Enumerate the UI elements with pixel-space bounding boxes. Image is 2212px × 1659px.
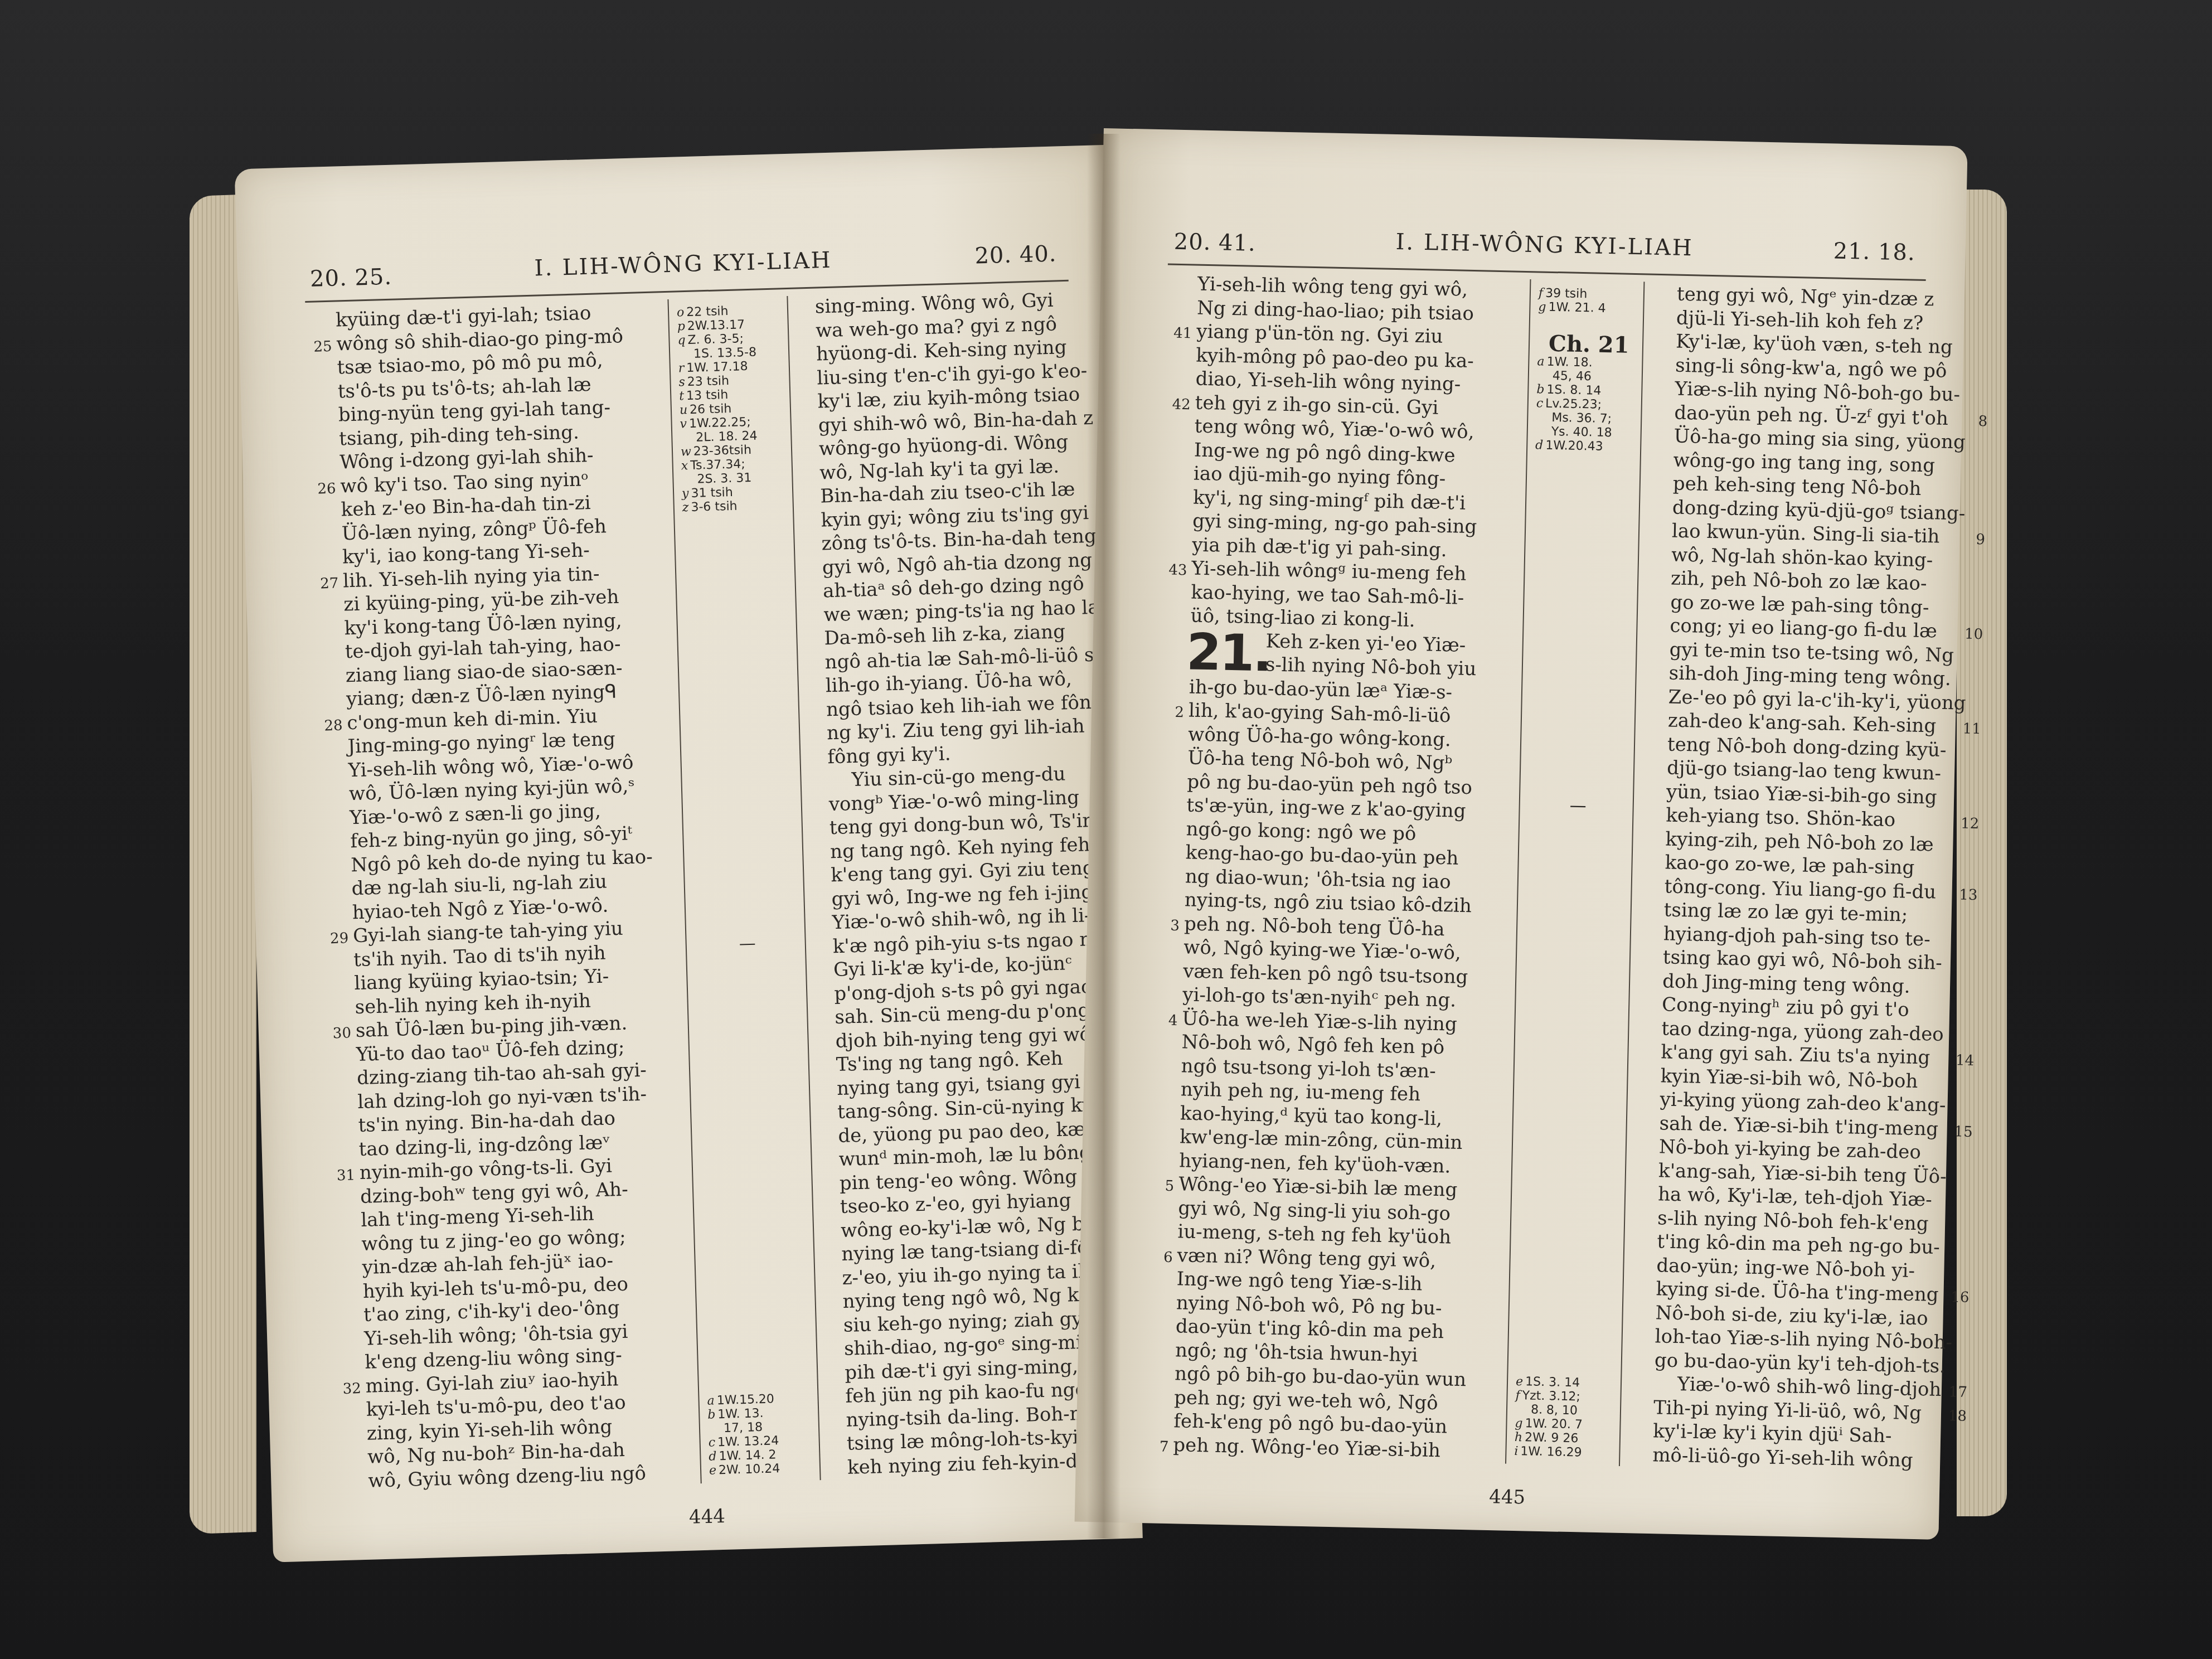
footnote-letter: v [680,417,687,431]
footnote-letter: e [1516,1375,1524,1389]
line-text: fông gyi ky'i. [827,743,951,768]
cross-reference: Ys. 40. 18 [1536,424,1636,440]
footnote-letter: b [1536,382,1545,396]
verse-number: 25 [306,334,332,359]
cross-reference: 17, 18 [708,1420,779,1436]
cross-reference: g1W. 20. 7 [1515,1417,1583,1432]
left-header-end-ref: 20. 40. [974,241,1057,269]
page-number-444: 444 [272,1493,1142,1540]
verse-number: 28 [317,714,343,738]
line-text: Ing-we ngô teng Yiæ-s-lih [1176,1268,1422,1295]
verse-number: 43 [1161,558,1187,582]
line-text: Keh z-ken yi-'eo Yiæ- [1265,630,1466,657]
footnote-letter: b [707,1408,716,1422]
cross-reference: 8. 8, 10 [1515,1403,1583,1418]
footnote-letter: u [680,403,688,417]
footnote-letter: i [1514,1444,1519,1458]
left-running-title: I. LIH-WÔNG KYI-LIAH [309,241,1057,287]
footnote-letter: q [677,333,686,347]
line-text: mô-li-üô-go Yi-seh-lih wông [1652,1444,1913,1472]
cross-reference: b1S. 8. 14 [1536,382,1637,399]
cross-reference: g1W. 21. 4 [1538,300,1638,316]
verse-number: 11 [1962,717,1981,741]
footnote-letter: f [1539,286,1544,300]
cross-reference: e1S. 3. 14 [1516,1375,1584,1390]
verse-number: 15 [1954,1120,1973,1144]
footnote-letter: t [679,389,685,403]
verse-number: 41 [1166,321,1192,345]
line-text: ky'i-læ ky'i kyin djüⁱ Sah- [1653,1420,1892,1447]
verse-number: 14 [1956,1049,1975,1073]
right-page: 20. 41. I. LIH-WÔNG KYI-LIAH 21. 18. Yi-… [1075,128,1968,1540]
line-text: teh gyi z ih-go sin-cü. Gyi [1195,391,1438,419]
footnote-letter: e [709,1463,717,1477]
verse-number: 2 [1158,700,1185,724]
verse-number: 27 [313,571,339,596]
verse-number: 30 [325,1021,351,1046]
footnote-letter: z [682,501,689,515]
footnote-letter: g [1538,300,1546,314]
open-book: 20. 25. I. LIH-WÔNG KYI-LIAH 20. 40. kyü… [190,111,2007,1539]
verse-number: 18 [1948,1404,1967,1428]
verse-number: 17 [1948,1380,1967,1404]
verse-number: 9 [1976,528,1985,552]
right-page-cross-references: f39 tsihg1W. 21. 4Ch. 21a1W. 18.45, 46b1… [1505,279,1645,1466]
cross-reference: z3-6 tsih [682,498,789,515]
right-header-end-ref: 21. 18. [1833,238,1915,265]
line-text: yiang p'ün-tön ng. Gyi ziu [1196,321,1443,348]
verse-number: 13 [1959,883,1978,907]
footnote-letter: c [708,1435,715,1449]
footnote-letter: d [709,1449,717,1463]
verse-number: 3 [1154,914,1180,938]
footnote-letter: w [681,445,692,459]
verse-number: 42 [1165,392,1191,416]
line-text: tsing læ zo læ gyi te-min; [1663,899,1908,926]
line-text: peh ng. Wông-'eo Yiæ-si-bih [1173,1434,1440,1462]
footnote-letter: y [682,487,689,501]
footnote-letter: f [1515,1389,1520,1403]
footnote-letter: o [677,305,685,319]
cross-reference: f39 tsih [1539,286,1639,302]
left-page-text-column-1: kyüing dæ-t'i gyi-lah; tsiao25wông sô sh… [305,300,684,1493]
line-text: ngô-go kong: ngô we pô [1186,818,1417,845]
line-text: djü-li Yi-seh-lih koh feh z? [1676,307,1924,334]
cross-reference: e2W. 10.24 [709,1462,780,1478]
footnote-letter: d [1535,438,1544,452]
right-running-title: I. LIH-WÔNG KYI-LIAH [1173,225,1915,266]
bottom-references: e1S. 3. 14fYzt. 3.12;8. 8, 10g1W. 20. 7h… [1514,1375,1583,1460]
right-page-text-column-1: Yi-seh-lih wông teng gyi wô,Ng zi ding-h… [1143,271,1513,1463]
chapter-21-opening: 21. Keh z-ken yi-'eo Yiæ-s-lih nying Nô-… [1143,627,1506,1463]
cross-reference: h2W. 9 26 [1515,1430,1583,1446]
line-text: keh-yiang tso. Shön-kao [1666,804,1896,831]
footnote-letter: p [677,319,685,333]
cross-reference: a1W.15.20 [707,1392,778,1408]
cross-reference: d1W. 14. 2 [709,1448,780,1464]
footnote-letter: a [707,1394,715,1408]
verse-number: 26 [310,477,336,501]
left-page-text-column-2: sing-ming. Wông wô, Gyiwa weh-go ma? gyi… [784,287,1129,1480]
right-page-text-column-2: teng gyi wô, Ngᵉ yin-dzæ zdjü-li Yi-seh-… [1622,282,1959,1472]
footnote-letter: a [1537,355,1545,368]
line-text: s-lih nying Nô-boh yiu [1265,653,1476,680]
cross-reference: i1W. 16.29 [1514,1444,1582,1460]
chapter-reference-heading: Ch. 21 [1549,337,1638,352]
footnote-letter: h [1515,1430,1523,1444]
verse-number: 4 [1152,1008,1178,1032]
left-page-header: 20. 25. I. LIH-WÔNG KYI-LIAH 20. 40. [309,241,1057,295]
footnote-letter: c [1536,396,1544,410]
line-text: ngô; ng 'ôh-tsia hwun-hyi [1175,1339,1418,1366]
page-edges-right [1957,190,2007,1516]
cross-reference: d1W.20.43 [1535,438,1636,454]
line-text: Cong-nyingʰ ziu pô gyi t'o [1662,993,1909,1021]
cross-reference: b1W. 13. [707,1406,779,1422]
verse-number: 32 [335,1377,361,1401]
footnote-letter: x [681,459,688,473]
verse-number: 29 [323,926,349,951]
cross-reference: cLv.25.23; [1536,396,1637,413]
cross-reference: c1W. 13.24 [708,1434,779,1450]
verse-number: 10 [1964,623,1983,647]
footnote-letter: r [678,361,685,375]
verse-number: 12 [1961,812,1980,836]
cross-reference: 45, 46 [1537,368,1637,385]
verse-number: 6 [1147,1245,1173,1269]
chapter-20-ending: Yi-seh-lih wông teng gyi wô,Ng zi ding-h… [1160,271,1513,634]
verse-number: 7 [1143,1434,1169,1458]
verse-number: 8 [1978,409,1987,433]
left-page: 20. 25. I. LIH-WÔNG KYI-LIAH 20. 40. kyü… [235,145,1143,1563]
cross-reference: Ms. 36. 7; [1536,410,1636,426]
book-gutter [1087,134,1120,1539]
reference-divider: — [694,935,801,952]
bottom-references: a1W.15.20b1W. 13.17, 18c1W. 13.24d1W. 14… [707,1392,780,1477]
cross-reference: fYzt. 3.12; [1515,1389,1583,1404]
verse-number: 5 [1148,1174,1175,1198]
verse-number: 16 [1951,1286,1970,1309]
line-text: nyih peh ng, iu-meng feh [1181,1078,1421,1105]
footnote-letter: g [1515,1417,1523,1430]
reference-divider: — [1527,798,1628,814]
footnote-letter: s [678,375,685,389]
page-number-445: 445 [1075,1477,1939,1517]
verse-number: 31 [329,1163,356,1188]
